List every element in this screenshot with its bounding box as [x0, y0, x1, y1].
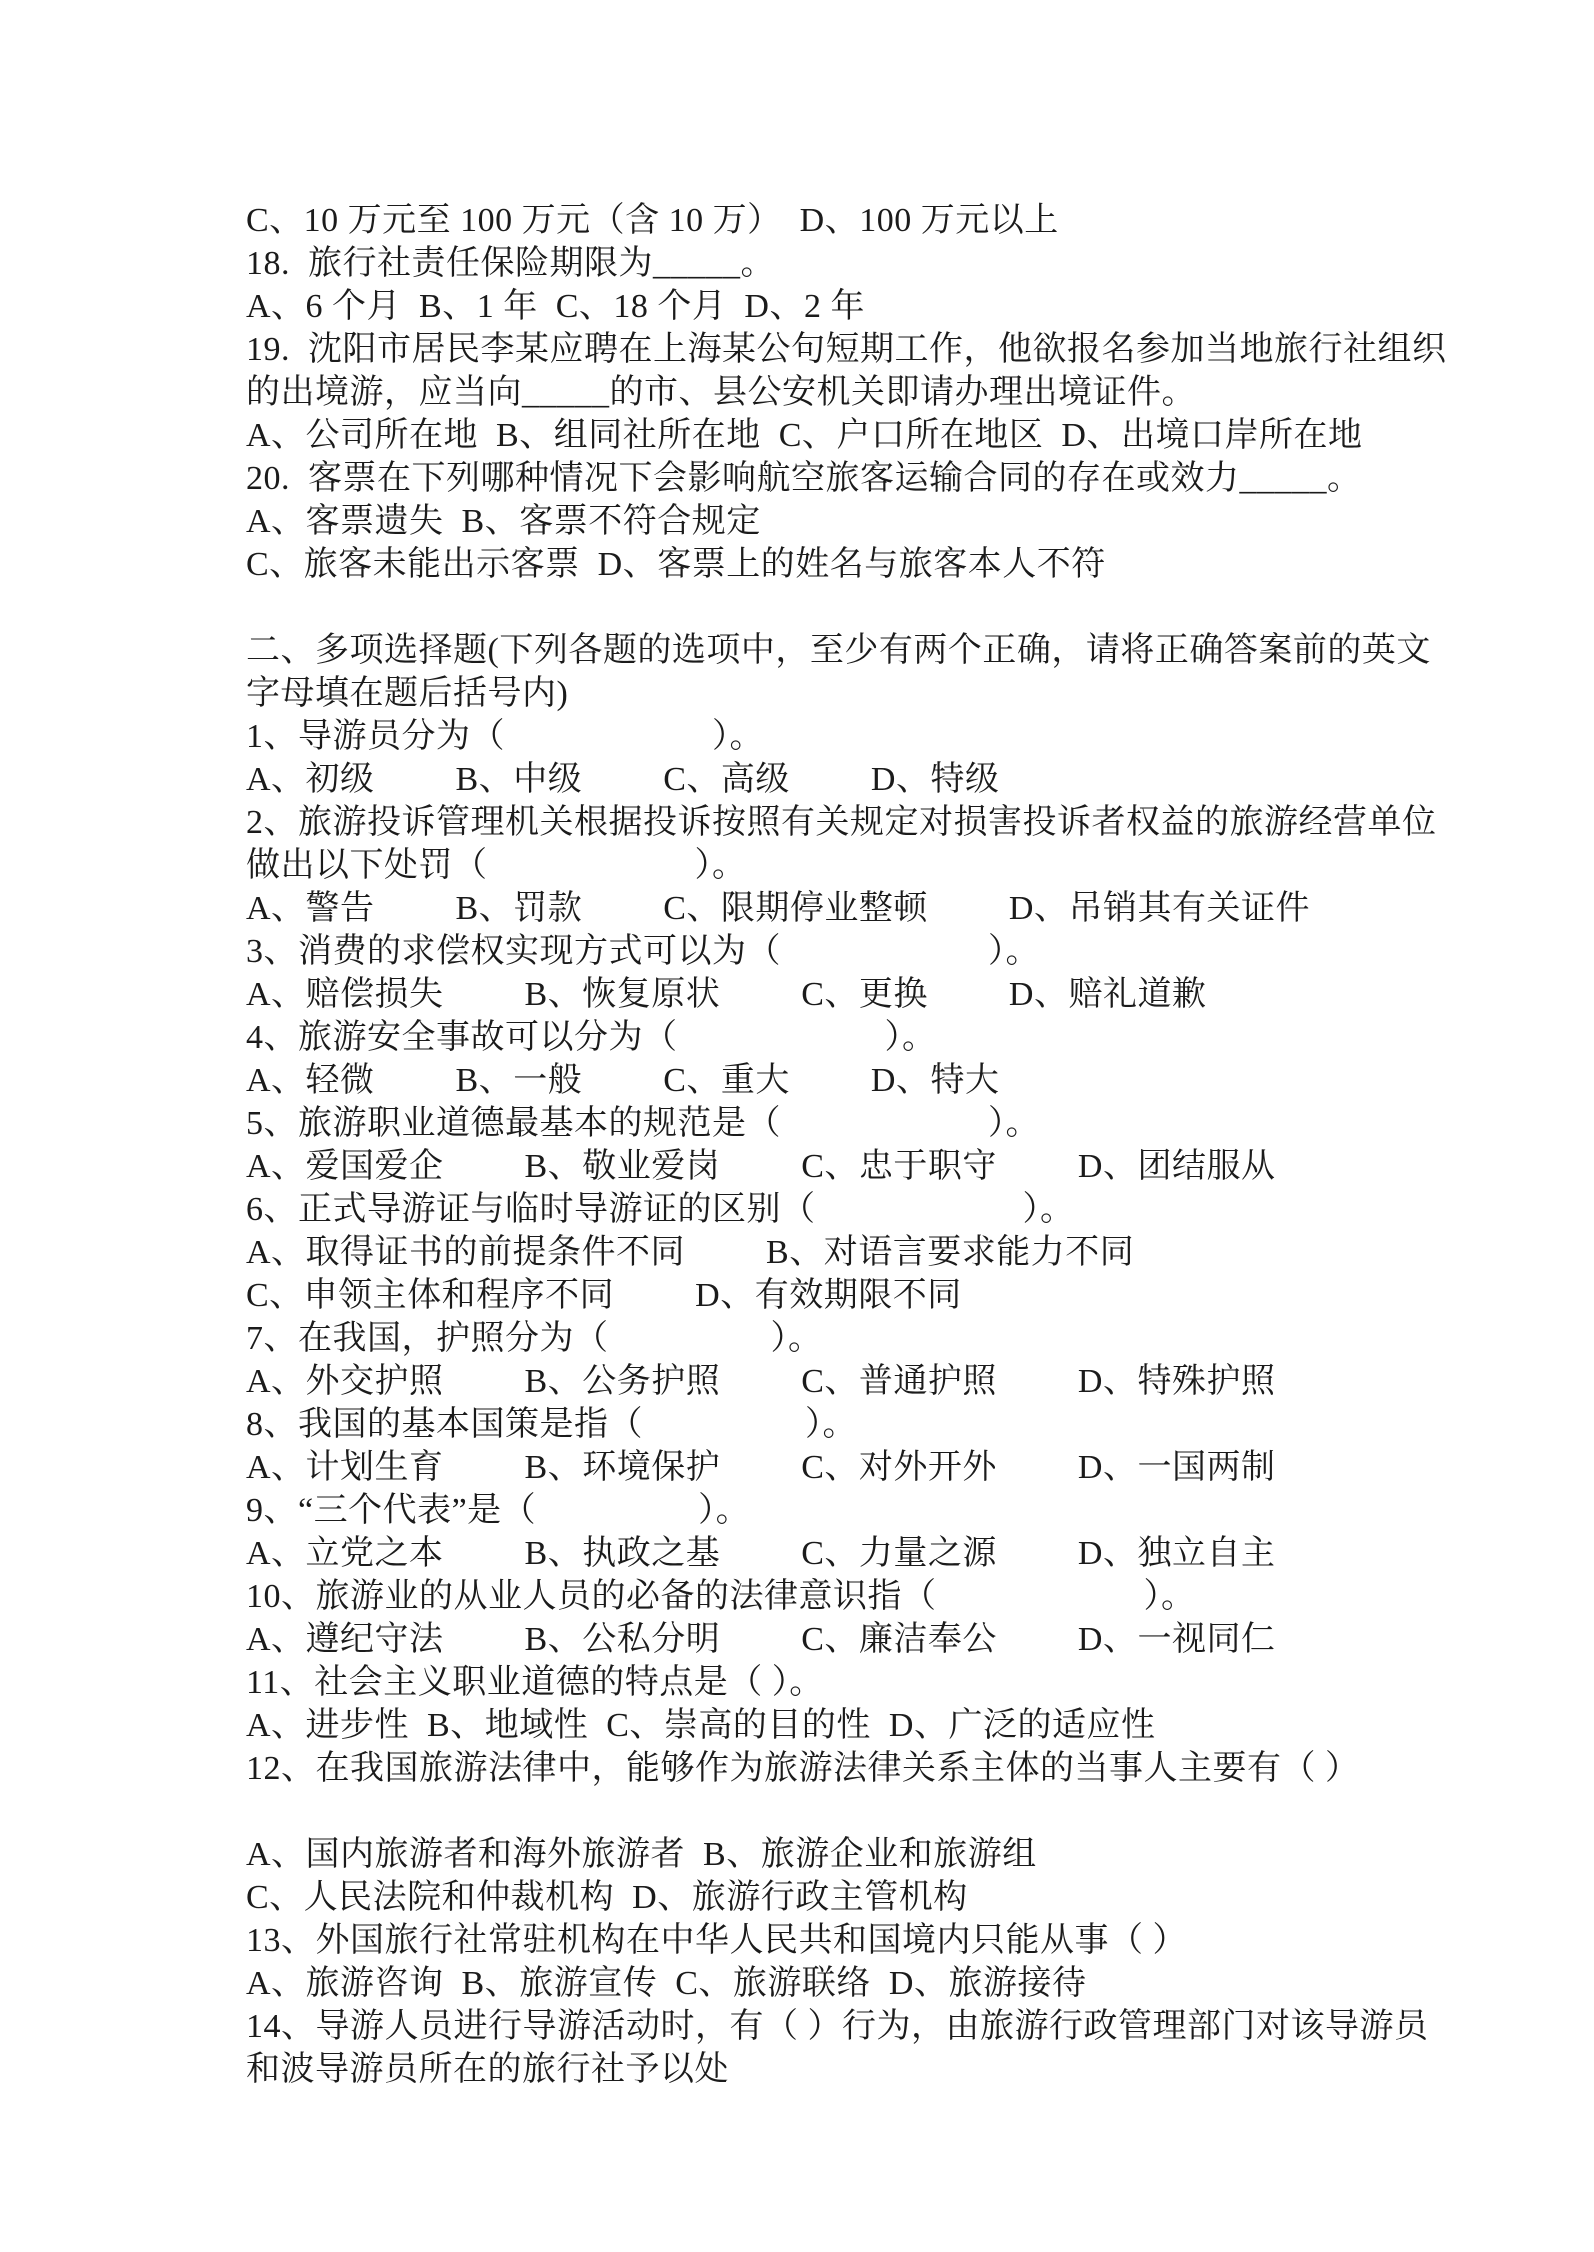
- text-line: 5、旅游职业道德最基本的规范是（ ）。: [246, 1102, 1554, 1145]
- text-line: A、立党之本 B、执政之基 C、力量之源 D、独立自主: [246, 1532, 1554, 1575]
- text-line: A、取得证书的前提条件不同 B、对语言要求能力不同: [246, 1231, 1554, 1274]
- exam-page: C、10 万元至 100 万元（含 10 万） D、100 万元以上18. 旅行…: [0, 0, 1594, 2252]
- text-line: A、进步性 B、地域性 C、崇高的目的性 D、广泛的适应性: [246, 1704, 1554, 1747]
- text-line: C、旅客未能出示客票 D、客票上的姓名与旅客本人不符: [246, 543, 1554, 586]
- text-line: 20. 客票在下列哪种情况下会影响航空旅客运输合同的存在或效力_____。: [246, 457, 1554, 500]
- text-line: A、旅游咨询 B、旅游宣传 C、旅游联络 D、旅游接待: [246, 1962, 1554, 2005]
- text-line: 做出以下处罚（ ）。: [246, 844, 1554, 887]
- blank-line: [246, 1790, 1554, 1833]
- text-line: 二、多项选择题(下列各题的选项中，至少有两个正确，请将正确答案前的英文: [246, 629, 1554, 672]
- text-line: 10、旅游业的从业人员的必备的法律意识指（ ）。: [246, 1575, 1554, 1618]
- text-line: A、客票遗失 B、客票不符合规定: [246, 500, 1554, 543]
- text-line: A、6 个月 B、1 年 C、18 个月 D、2 年: [246, 285, 1554, 328]
- text-line: 11、社会主义职业道德的特点是（ ）。: [246, 1661, 1554, 1704]
- text-line: 和波导游员所在的旅行社予以处: [246, 2048, 1554, 2091]
- text-line: C、人民法院和仲裁机构 D、旅游行政主管机构: [246, 1876, 1554, 1919]
- text-line: A、遵纪守法 B、公私分明 C、廉洁奉公 D、一视同仁: [246, 1618, 1554, 1661]
- text-line: A、公司所在地 B、组同社所在地 C、户口所在地区 D、出境口岸所在地: [246, 414, 1554, 457]
- text-line: A、外交护照 B、公务护照 C、普通护照 D、特殊护照: [246, 1360, 1554, 1403]
- text-line: 13、外国旅行社常驻机构在中华人民共和国境内只能从事（ ）: [246, 1919, 1554, 1962]
- text-line: C、申领主体和程序不同 D、有效期限不同: [246, 1274, 1554, 1317]
- text-line: A、轻微 B、一般 C、重大 D、特大: [246, 1059, 1554, 1102]
- text-line: A、计划生育 B、环境保护 C、对外开外 D、一国两制: [246, 1446, 1554, 1489]
- text-line: 3、消费的求偿权实现方式可以为（ ）。: [246, 930, 1554, 973]
- blank-line: [246, 586, 1554, 629]
- document-text-block: C、10 万元至 100 万元（含 10 万） D、100 万元以上18. 旅行…: [246, 199, 1554, 2091]
- text-line: 1、导游员分为（ ）。: [246, 715, 1554, 758]
- text-line: 9、“三个代表”是（ ）。: [246, 1489, 1554, 1532]
- text-line: 12、在我国旅游法律中，能够作为旅游法律关系主体的当事人主要有（ ）: [246, 1747, 1554, 1790]
- text-line: 18. 旅行社责任保险期限为_____。: [246, 242, 1554, 285]
- text-line: A、爱国爱企 B、敬业爱岗 C、忠于职守 D、团结服从: [246, 1145, 1554, 1188]
- text-line: 字母填在题后括号内): [246, 672, 1554, 715]
- text-line: C、10 万元至 100 万元（含 10 万） D、100 万元以上: [246, 199, 1554, 242]
- text-line: 14、导游人员进行导游活动时，有（ ）行为，由旅游行政管理部门对该导游员: [246, 2005, 1554, 2048]
- text-line: 2、旅游投诉管理机关根据投诉按照有关规定对损害投诉者权益的旅游经营单位: [246, 801, 1554, 844]
- text-line: 的出境游，应当向_____的市、县公安机关即请办理出境证件。: [246, 371, 1554, 414]
- text-line: 7、在我国，护照分为（ ）。: [246, 1317, 1554, 1360]
- text-line: A、初级 B、中级 C、高级 D、特级: [246, 758, 1554, 801]
- text-line: A、赔偿损失 B、恢复原状 C、更换 D、赔礼道歉: [246, 973, 1554, 1016]
- text-line: 19. 沈阳市居民李某应聘在上海某公句短期工作，他欲报名参加当地旅行社组织: [246, 328, 1554, 371]
- text-line: 4、旅游安全事故可以分为（ ）。: [246, 1016, 1554, 1059]
- text-line: A、国内旅游者和海外旅游者 B、旅游企业和旅游组: [246, 1833, 1554, 1876]
- text-line: 8、我国的基本国策是指（ ）。: [246, 1403, 1554, 1446]
- text-line: A、警告 B、罚款 C、限期停业整顿 D、吊销其有关证件: [246, 887, 1554, 930]
- text-line: 6、正式导游证与临时导游证的区别（ ）。: [246, 1188, 1554, 1231]
